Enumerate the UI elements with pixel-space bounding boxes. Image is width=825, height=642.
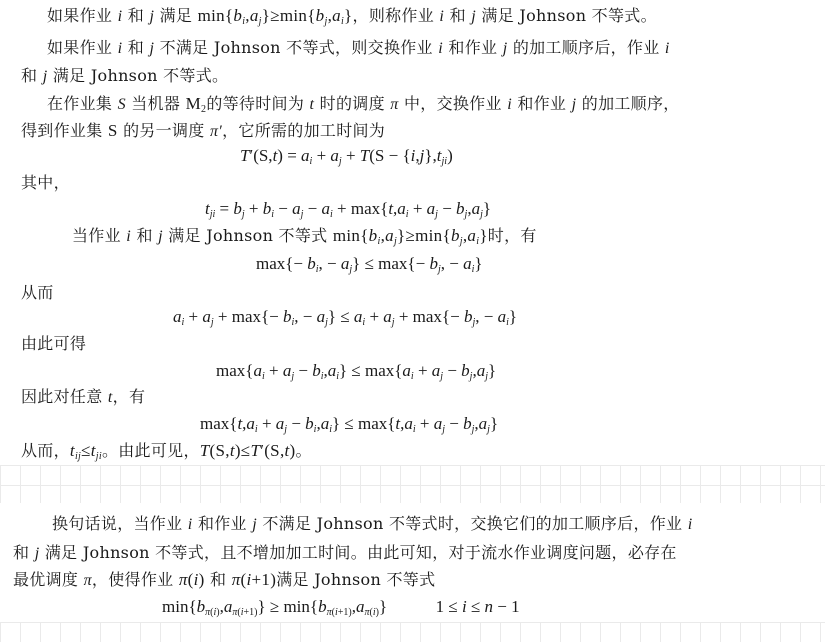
var-i: i <box>665 40 670 57</box>
var-S: S <box>108 121 118 140</box>
text: 得到作业集 <box>21 121 103 140</box>
equation-max-t: max{t,ai + aj − bi,ai} ≤ max{t,ai + aj −… <box>200 413 498 435</box>
text: 和作业 <box>198 514 247 533</box>
paragraph-when-johnson: 当作业 i 和 j 满足 Johnson 不等式 min{bi,aj}≥min{… <box>72 226 537 247</box>
text: 如果作业 <box>47 38 112 57</box>
text: 的另一调度 <box>123 121 205 140</box>
text: 换句话说，当作业 <box>52 514 182 533</box>
text: 。 <box>296 441 312 460</box>
label-for-any-t: 因此对任意 t，有 <box>21 387 145 408</box>
paragraph-conclusion: 从而，tij≤tji。由此可见，T(S,t)≤T′(S,t)。 <box>21 441 312 461</box>
text: 满足 <box>160 6 193 25</box>
paragraph-summary-line2: 和 j 满足 Johnson 不等式，且不增加加工时间。由此可知，对于流水作业调… <box>13 543 677 564</box>
var-j: j <box>149 40 154 57</box>
text: ，则称作业 <box>353 6 435 25</box>
var-j: j <box>503 40 508 57</box>
equation-T-prime: T′(S,t) = ai + aj + T(S − {i,j},tji) <box>240 145 453 167</box>
grid-background-2 <box>0 622 825 642</box>
var-j: j <box>43 68 48 85</box>
text: 在作业集 <box>47 94 112 113</box>
text: 因此对任意 <box>21 387 103 406</box>
text: 和 <box>128 6 144 25</box>
var-i: i <box>188 516 193 533</box>
var-j: j <box>158 228 163 245</box>
paragraph-swap-line2: 和 j 满足 Johnson 不等式。 <box>21 66 228 87</box>
inline-formula: min{bi,aj}≥min{bj,ai} <box>198 6 353 25</box>
var-j: j <box>149 8 154 25</box>
var-i: i <box>688 516 693 533</box>
var-pi-prime: π′ <box>210 123 222 140</box>
var-j: j <box>252 516 257 533</box>
paragraph-schedule-line2: 得到作业集 S 的另一调度 π′，它所需的加工时间为 <box>21 121 385 142</box>
text: 和 <box>13 543 29 562</box>
document-page: 如果作业 i 和 j 满足 min{bi,aj}≥min{bj,ai}，则称作业… <box>0 0 825 642</box>
equation-johnson-pi: min{bπ(i),aπ(i+1)} ≥ min{bπ(i+1),aπ(i)} … <box>162 596 520 618</box>
text: ，有 <box>113 387 146 406</box>
var-j: j <box>572 96 577 113</box>
var-i: i <box>126 228 131 245</box>
text: 从而 <box>21 283 54 302</box>
text: 和 <box>450 6 466 25</box>
equation-sum-max: ai + aj + max{− bi, − aj} ≤ ai + aj + ma… <box>173 306 517 328</box>
var-i: i <box>118 40 123 57</box>
text: 其中， <box>21 173 70 192</box>
text: 从而， <box>21 441 70 460</box>
text: 满足 Johnson 不等式，且不增加加工时间。由此可知，对于流水作业调度问题，… <box>45 543 677 562</box>
var-i: i <box>438 40 443 57</box>
text: 满足 Johnson 不等式。 <box>53 66 228 85</box>
paragraph-johnson-definition: 如果作业 i 和 j 满足 min{bi,aj}≥min{bj,ai}，则称作业… <box>47 6 657 27</box>
text: 最优调度 <box>13 570 78 589</box>
grid-background-1 <box>0 465 825 503</box>
text: 和 <box>21 66 37 85</box>
text: ，使得作业 <box>92 570 174 589</box>
label-thus: 从而 <box>21 283 54 303</box>
text: 不满足 Johnson 不等式，则交换作业 <box>160 38 433 57</box>
var-pi: π <box>390 96 398 113</box>
paragraph-swap-line1: 如果作业 i 和 j 不满足 Johnson 不等式，则交换作业 i 和作业 j… <box>47 38 670 59</box>
equation-max-neg: max{− bi, − aj} ≤ max{− bj, − ai} <box>256 253 483 275</box>
text: 由此可得 <box>21 334 86 353</box>
inline-formula: π(i+1) <box>232 570 276 589</box>
var-pi: π <box>84 572 92 589</box>
text: 满足 Johnson 不等式。 <box>481 6 656 25</box>
text: 不满足 Johnson 不等式时，交换它们的加工顺序后，作业 <box>262 514 682 533</box>
text: 中，交换作业 <box>404 94 502 113</box>
text: 和作业 <box>448 38 497 57</box>
text: 和 <box>128 38 144 57</box>
equation-range: 1 ≤ i ≤ n − 1 <box>436 597 520 616</box>
text: 时的调度 <box>320 94 385 113</box>
var-S: S <box>118 96 126 113</box>
text: ，它所需的加工时间为 <box>222 121 385 140</box>
equation-t-ji: tji = bj + bi − aj − ai + max{t,ai + aj … <box>205 198 491 220</box>
text: 时，有 <box>488 226 537 245</box>
text: 和 <box>136 226 152 245</box>
text: 的加工顺序后，作业 <box>513 38 660 57</box>
paragraph-schedule-line1: 在作业集 S 当机器 M2的等待时间为 t 时的调度 π 中，交换作业 i 和作… <box>47 94 680 115</box>
text: 当机器 <box>131 94 180 113</box>
text: 和作业 <box>517 94 566 113</box>
inline-formula: π(i) <box>179 570 205 589</box>
text: 如果作业 <box>47 6 112 25</box>
label-where: 其中， <box>21 173 70 193</box>
text: 满足 Johnson 不等式 <box>276 570 435 589</box>
equation-max-sum: max{ai + aj − bi,ai} ≤ max{ai + aj − bj,… <box>216 360 496 382</box>
var-t: t <box>310 96 315 113</box>
inline-formula: min{bi,aj}≥min{bj,ai} <box>333 226 488 245</box>
text: 。由此可见， <box>102 441 200 460</box>
paragraph-summary-line3: 最优调度 π，使得作业 π(i) 和 π(i+1)满足 Johnson 不等式 <box>13 570 435 591</box>
label-hence: 由此可得 <box>21 334 86 354</box>
text: 的加工顺序， <box>582 94 680 113</box>
var-i: i <box>507 96 512 113</box>
machine-M2: M2 <box>186 94 207 113</box>
text: 满足 Johnson 不等式 <box>168 226 327 245</box>
inline-formula: tij≤tji <box>70 441 102 460</box>
var-j: j <box>471 8 476 25</box>
inline-formula: T(S,t)≤T′(S,t) <box>200 441 296 460</box>
var-i: i <box>118 8 123 25</box>
var-i: i <box>439 8 444 25</box>
paragraph-summary-line1: 换句话说，当作业 i 和作业 j 不满足 Johnson 不等式时，交换它们的加… <box>52 514 693 535</box>
text: 当作业 <box>72 226 121 245</box>
var-j: j <box>35 545 40 562</box>
text: 的等待时间为 <box>206 94 304 113</box>
text: 和 <box>210 570 226 589</box>
